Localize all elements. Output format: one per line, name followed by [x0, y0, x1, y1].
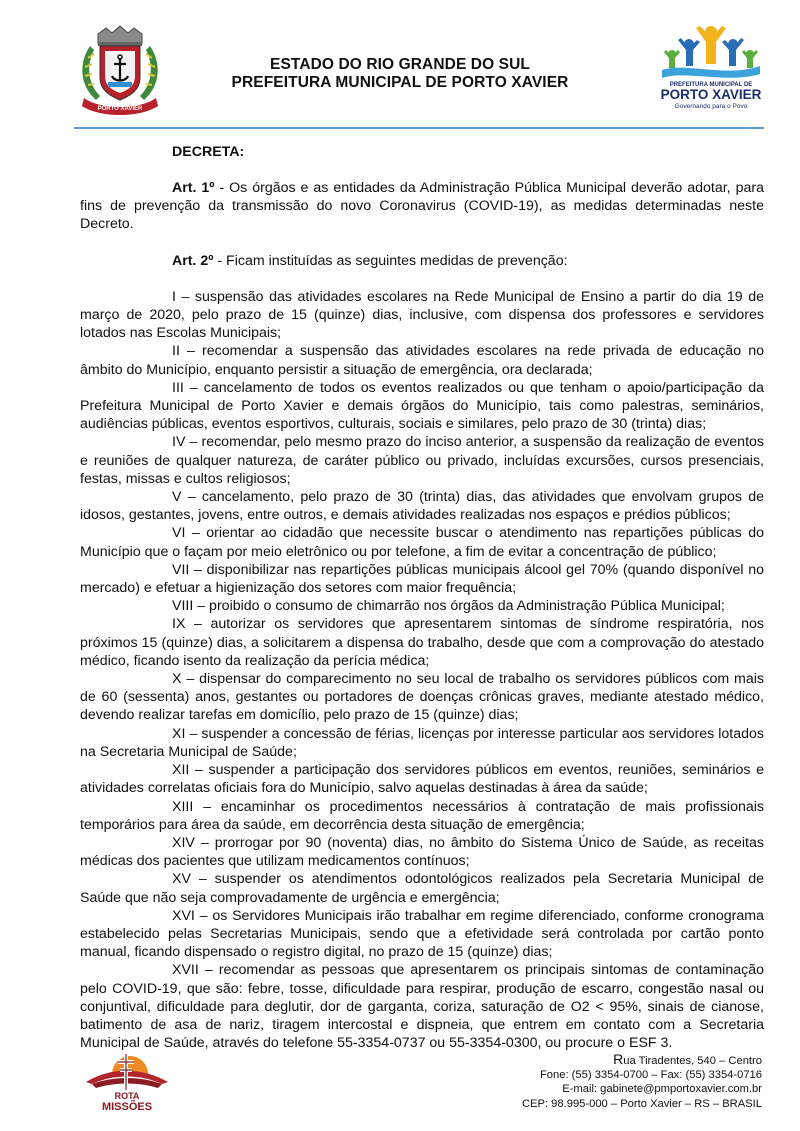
phone-fax: Fone: (55) 3354-0700 – Fax: (55) 3354-07…: [522, 1068, 762, 1082]
address-initial: R: [613, 1051, 623, 1067]
inciso-xiii: XIII – encaminhar os procedimentos neces…: [80, 798, 764, 834]
svg-text:PORTO XAVIER: PORTO XAVIER: [98, 106, 143, 112]
footer-address: Rua Tiradentes, 540 – Centro Fone: (55) …: [522, 1052, 762, 1111]
article-2: Art. 2º - Ficam instituídas as seguintes…: [80, 252, 764, 270]
porto-xavier-logo-icon: PREFEITURA MUNICIPAL DE PORTO XAVIER Gov…: [656, 24, 766, 112]
inciso-v: V – cancelamento, pelo prazo de 30 (trin…: [80, 488, 764, 524]
article-1: Art. 1º - Os órgãos e as entidades da Ad…: [80, 179, 764, 234]
inciso-xii: XII – suspender a participação dos servi…: [80, 761, 764, 797]
inciso-ix: IX – autorizar os servidores que apresen…: [80, 615, 764, 670]
svg-text:ROTA: ROTA: [115, 1091, 140, 1101]
article-1-label: Art. 1º: [172, 180, 214, 196]
letterhead: PORTO XAVIER ESTADO DO RIO GRANDE DO SUL…: [0, 0, 800, 125]
inciso-vi: VI – orientar ao cidadão que necessite b…: [80, 524, 764, 560]
inciso-xvii: XVII – recomendar as pessoas que apresen…: [80, 961, 764, 1052]
inciso-xi: XI – suspender a concessão de férias, li…: [80, 725, 764, 761]
email: E-mail: gabinete@pmportoxavier.com.br: [522, 1082, 762, 1096]
inciso-xvi: XVI – os Servidores Municipais irão trab…: [80, 907, 764, 962]
decree-page: PORTO XAVIER ESTADO DO RIO GRANDE DO SUL…: [0, 0, 800, 1131]
inciso-xv: XV – suspender os atendimentos odontológ…: [80, 870, 764, 906]
inciso-iii: III – cancelamento de todos os eventos r…: [80, 379, 764, 434]
inciso-ii: II – recomendar a suspensão das atividad…: [80, 342, 764, 378]
svg-text:Governando para o Povo: Governando para o Povo: [675, 103, 748, 110]
street-address: Rua Tiradentes, 540 – Centro: [522, 1052, 762, 1068]
decreta-heading: DECRETA:: [172, 143, 764, 161]
inciso-viii: VIII – proibido o consumo de chimarrão n…: [80, 597, 764, 615]
inciso-i: I – suspensão das atividades escolares n…: [80, 288, 764, 343]
article-2-label: Art. 2º: [172, 253, 213, 269]
rota-missoes-logo-icon: ROTA MISSÕES: [82, 1046, 172, 1112]
decree-body: DECRETA: Art. 1º - Os órgãos e as entida…: [80, 143, 764, 1052]
address-rest: ua Tiradentes, 540 – Centro: [623, 1055, 762, 1067]
svg-text:MISSÕES: MISSÕES: [102, 1100, 152, 1112]
inciso-x: X – dispensar do comparecimento no seu l…: [80, 670, 764, 725]
inciso-vii: VII – disponibilizar nas repartições púb…: [80, 561, 764, 597]
svg-text:PORTO XAVIER: PORTO XAVIER: [661, 87, 762, 102]
inciso-xiv: XIV – prorrogar por 90 (noventa) dias, n…: [80, 834, 764, 870]
inciso-iv: IV – recomendar, pelo mesmo prazo do inc…: [80, 433, 764, 488]
header-divider: [74, 127, 764, 129]
article-2-text: - Ficam instituídas as seguintes medidas…: [213, 253, 567, 269]
postal-code: CEP: 98.995-000 – Porto Xavier – RS – BR…: [522, 1097, 762, 1111]
